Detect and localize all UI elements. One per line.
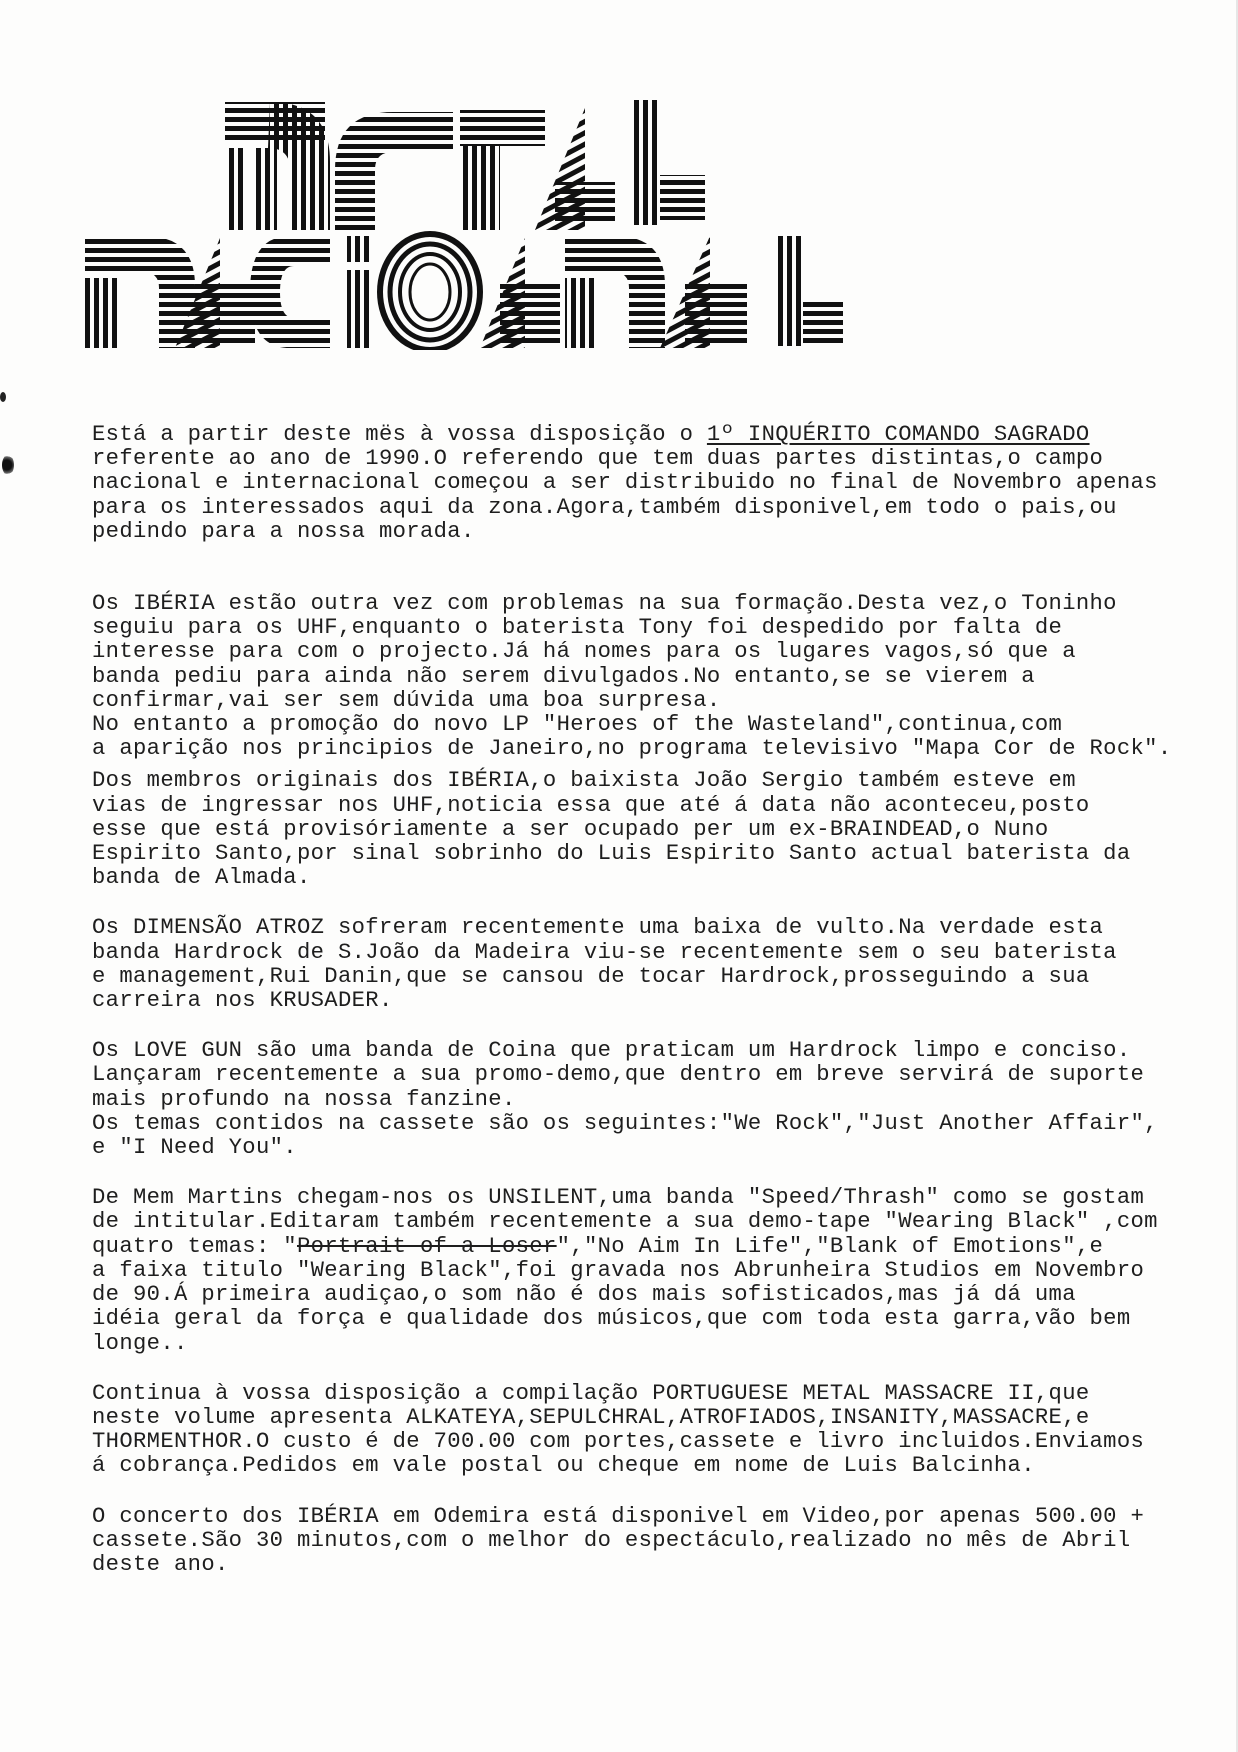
text-line: cassete.São 30 minutos,com o melhor do e…: [92, 1529, 1162, 1553]
text-line: Está a partir deste mës à vossa disposiç…: [92, 423, 1162, 447]
text-line: e "I Need You".: [92, 1136, 1162, 1160]
text-line: longe..: [92, 1332, 1162, 1356]
text-line: para os interessados aqui da zona.Agora,…: [92, 496, 1162, 520]
article-body: Está a partir deste mës à vossa disposiç…: [92, 423, 1162, 1577]
text-line: pedindo para a nossa morada.: [92, 520, 1162, 544]
text-line: Os DIMENSÃO ATROZ sofreram recentemente …: [92, 916, 1162, 940]
text-line: mais profundo na nossa fanzine.: [92, 1088, 1162, 1112]
text-line: Espirito Santo,por sinal sobrinho do Lui…: [92, 842, 1162, 866]
paragraph-gap: [92, 890, 1162, 916]
text-line: Dos membros originais dos IBÉRIA,o baixi…: [92, 769, 1162, 793]
text-line: carreira nos KRUSADER.: [92, 989, 1162, 1013]
text-line: THORMENTHOR.O custo é de 700.00 com port…: [92, 1430, 1162, 1454]
text-line: Os IBÉRIA estão outra vez com problemas …: [92, 592, 1162, 616]
text-line: deste ano.: [92, 1553, 1162, 1577]
paragraph-unsilent: De Mem Martins chegam-nos os UNSILENT,um…: [92, 1186, 1162, 1355]
text-line: de intitular.Editaram também recentement…: [92, 1210, 1162, 1234]
text-line: e management,Rui Danin,que se cansou de …: [92, 965, 1162, 989]
text-line: nacional e internacional começou a ser d…: [92, 471, 1162, 495]
text-line: interesse para com o projecto.Já há nome…: [92, 640, 1162, 664]
masthead-line2: [85, 234, 843, 350]
ink-blot: [2, 455, 14, 475]
text-line: a faixa titulo "Wearing Black",foi grava…: [92, 1259, 1162, 1283]
paragraph-gap: [92, 544, 1162, 592]
text-line: Continua à vossa disposição a compilação…: [92, 1382, 1162, 1406]
text-line: vias de ingressar nos UHF,noticia essa q…: [92, 794, 1162, 818]
text-line: O concerto dos IBÉRIA em Odemira está di…: [92, 1505, 1162, 1529]
text-line: seguiu para os UHF,enquanto o baterista …: [92, 616, 1162, 640]
text-line: Os LOVE GUN são uma banda de Coina que p…: [92, 1039, 1162, 1063]
paragraph-gap: [92, 1160, 1162, 1186]
text-line: referente ao ano de 1990.O referendo que…: [92, 447, 1162, 471]
text-line: neste volume apresenta ALKATEYA,SEPULCHR…: [92, 1406, 1162, 1430]
text-line: Lançaram recentemente a sua promo-demo,q…: [92, 1063, 1162, 1087]
text-line: confirmar,vai ser sem dúvida uma boa sur…: [92, 689, 1162, 713]
masthead-line1: [225, 100, 705, 230]
text-line: Os temas contidos na cassete são os segu…: [92, 1112, 1162, 1136]
paragraph-iberia-membros: Dos membros originais dos IBÉRIA,o baixi…: [92, 769, 1162, 890]
ink-blot: [0, 392, 6, 402]
text-line: banda de Almada.: [92, 866, 1162, 890]
masthead-logo: METAL NACIONAL: [85, 90, 1075, 350]
paragraph-gap: [92, 1356, 1162, 1382]
text-line: esse que está provisóriamente a ser ocup…: [92, 818, 1162, 842]
text-line: de 90.Á primeira audiçao,o som não é dos…: [92, 1283, 1162, 1307]
text-line: banda Hardrock de S.João da Madeira viu-…: [92, 941, 1162, 965]
text-line: á cobrança.Pedidos em vale postal ou che…: [92, 1454, 1162, 1478]
paragraph-gap: [92, 1013, 1162, 1039]
paragraph-gap: [92, 1479, 1162, 1505]
paragraph-dimensao-atroz: Os DIMENSÃO ATROZ sofreram recentemente …: [92, 916, 1162, 1013]
text-line: No entanto a promoção do novo LP "Heroes…: [92, 713, 1162, 737]
paragraph-love-gun: Os LOVE GUN são uma banda de Coina que p…: [92, 1039, 1162, 1160]
paragraph-concerto-odemira: O concerto dos IBÉRIA em Odemira está di…: [92, 1505, 1162, 1578]
paragraph-compilacao: Continua à vossa disposição a compilação…: [92, 1382, 1162, 1479]
text-line: banda pediu para ainda não serem divulga…: [92, 665, 1162, 689]
paragraph-inquerito: Está a partir deste mës à vossa disposiç…: [92, 423, 1162, 544]
text-line: idéia geral da força e qualidade dos mús…: [92, 1307, 1162, 1331]
underlined-title: 1º INQUÉRITO COMANDO SAGRADO: [707, 422, 1090, 447]
text-line: quatro temas: "Portrait of a Loser","No …: [92, 1235, 1162, 1259]
struck-text: Portrait of a Loser: [297, 1234, 557, 1259]
paragraph-iberia-formacao: Os IBÉRIA estão outra vez com problemas …: [92, 592, 1162, 761]
text-line: De Mem Martins chegam-nos os UNSILENT,um…: [92, 1186, 1162, 1210]
text-line: a aparição nos principios de Janeiro,no …: [92, 737, 1162, 761]
